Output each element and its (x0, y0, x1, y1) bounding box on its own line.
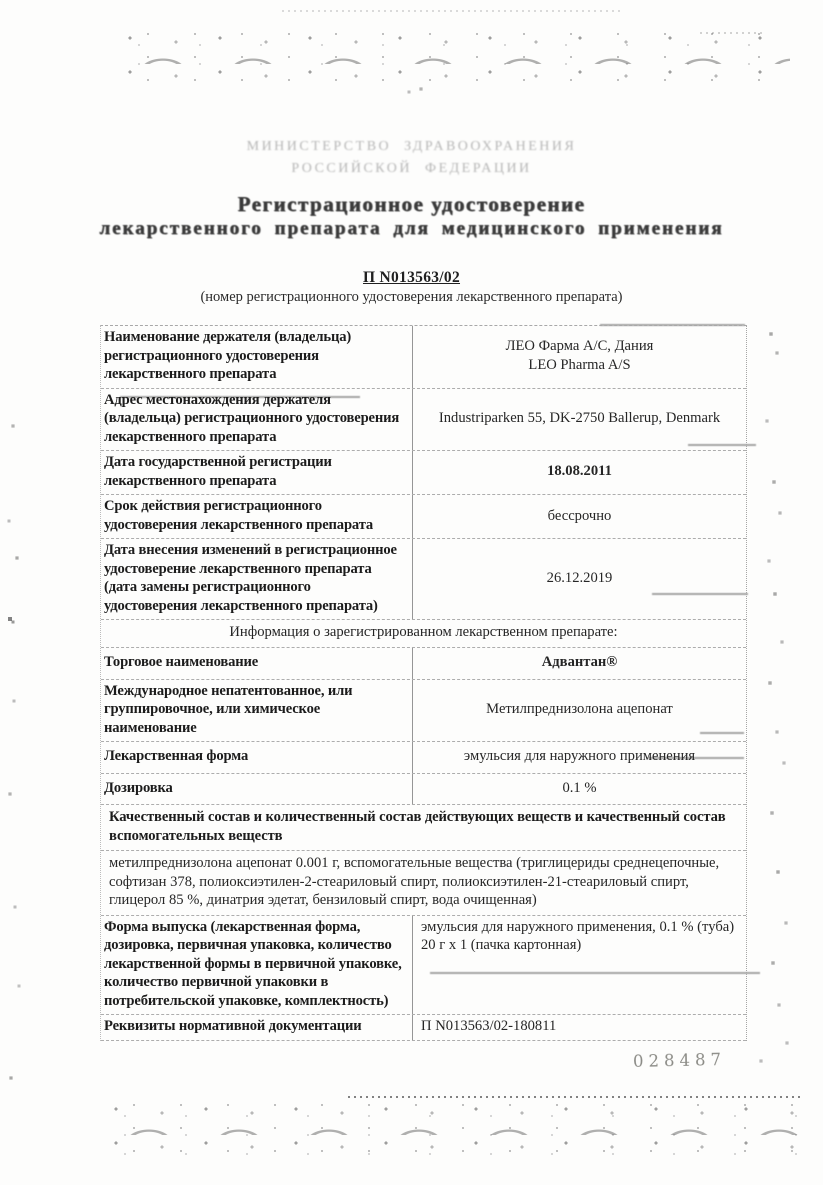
info-line: Информация о зарегистрированном лекарств… (101, 620, 746, 648)
row-value: ЛЕО Фарма А/С, Дания LEO Pharma A/S (413, 326, 746, 388)
table-row: Срок действия регистрационного удостовер… (101, 495, 746, 539)
row-value: 26.12.2019 (413, 539, 746, 619)
row-label: Дозировка (101, 774, 413, 805)
registration-number: П N013563/02 (0, 269, 823, 287)
composition-heading: Качественный состав и количественный сос… (101, 805, 746, 851)
composition-text: метилпреднизолона ацепонат 0.001 г, вспо… (101, 851, 746, 916)
row-value: Метилпреднизолона ацепонат (413, 680, 746, 742)
scan-dotted-line (348, 1096, 800, 1098)
ministry-name-line2: РОССИЙСКОЙ ФЕДЕРАЦИИ (0, 161, 823, 177)
row-label: Наименование держателя (владельца) регис… (101, 326, 413, 388)
scan-dotted-line (700, 32, 764, 34)
row-value: 0.1 % (413, 774, 746, 805)
table-row: Торговое наименование Адвантан® (101, 648, 746, 680)
row-label: Дата внесения изменений в регистрационно… (101, 539, 413, 619)
blank-serial-number: 028487 (633, 1050, 726, 1071)
row-value: бессрочно (413, 495, 746, 538)
row-label: Срок действия регистрационного удостовер… (101, 495, 413, 538)
row-value: эмульсия для наружного применения, 0.1 %… (413, 916, 746, 1015)
scan-dotted-line (282, 10, 622, 12)
table-row: Дата внесения изменений в регистрационно… (101, 539, 746, 620)
table-row: Международное непатентованное, или групп… (101, 680, 746, 743)
guilloche-band-top (118, 30, 790, 82)
table-row: Реквизиты нормативной документации П N01… (101, 1015, 746, 1041)
registration-number-caption: (номер регистрационного удостоверения ле… (0, 289, 823, 306)
table-row: Адрес местонахождения держателя (владель… (101, 389, 746, 452)
row-label: Лекарственная форма (101, 742, 413, 773)
row-label: Дата государственной регистрации лекарст… (101, 451, 413, 494)
row-label: Форма выпуска (лекарственная форма, дози… (101, 916, 413, 1015)
row-value: Адвантан® (413, 648, 746, 679)
table-row: Дата государственной регистрации лекарст… (101, 451, 746, 495)
scan-specks (0, 0, 2, 2)
document-title-line2: лекарственного препарата для медицинског… (0, 218, 823, 240)
certificate-table: Наименование держателя (владельца) регис… (100, 325, 747, 1041)
row-label: Международное непатентованное, или групп… (101, 680, 413, 742)
ministry-name-line1: МИНИСТЕРСТВО ЗДРАВООХРАНЕНИЯ (0, 139, 823, 155)
certificate-scan-page: МИНИСТЕРСТВО ЗДРАВООХРАНЕНИЯ РОССИЙСКОЙ … (0, 0, 823, 1185)
table-row: Наименование держателя (владельца) регис… (101, 326, 746, 389)
row-value: П N013563/02-180811 (413, 1015, 746, 1040)
row-value: 18.08.2011 (413, 451, 746, 494)
row-label: Адрес местонахождения держателя (владель… (101, 389, 413, 451)
document-title-line1: Регистрационное удостоверение (0, 192, 823, 217)
row-value: Industriparken 55, DK-2750 Ballerup, Den… (413, 389, 746, 451)
table-row: Форма выпуска (лекарственная форма, дози… (101, 916, 746, 1016)
table-row: Дозировка 0.1 % (101, 774, 746, 806)
guilloche-band-bottom (104, 1101, 804, 1155)
row-value: эмульсия для наружного применения (413, 742, 746, 773)
row-label: Торговое наименование (101, 648, 413, 679)
table-row: Лекарственная форма эмульсия для наружно… (101, 742, 746, 774)
row-label: Реквизиты нормативной документации (101, 1015, 413, 1040)
